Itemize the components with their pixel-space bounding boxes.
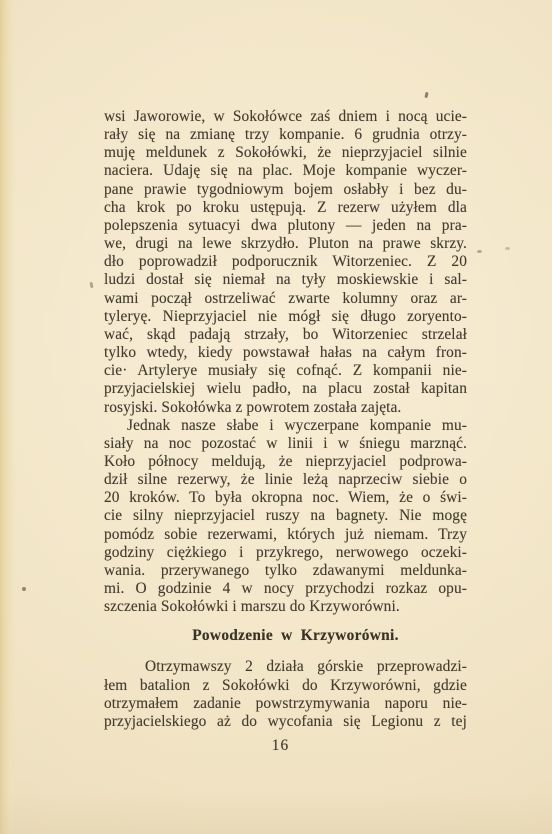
text-line: 20 kroków. To była okropna noc. Wiem, że… [104,489,467,507]
scanned-book-page: wsi Jaworowie, w Sokołówce zaś dniem i n… [0,0,552,834]
text-line: we, drugi na lewe skrzydło. Pluton na pr… [104,235,467,253]
text-line: Jednak nasze słabe i wyczerpane kompanie… [104,417,467,435]
text-line: naciera. Udaję się na plac. Moje kompani… [104,162,467,180]
paragraph-2: Jednak nasze słabe i wyczerpane kompanie… [104,417,467,617]
text-line: wsi Jaworowie, w Sokołówce zaś dniem i n… [104,108,467,126]
text-line: pomódz sobie rezerwami, których już niem… [104,526,467,544]
text-line: szczenia Sokołówki i marszu do Krzyworów… [104,598,467,616]
text-line: dło poprowadził podporucznik Witorzeniec… [104,253,467,271]
text-line: łem batalion z Sokołówki do Krzyworówni,… [104,677,467,695]
text-line: Koło północy meldują, że nieprzyjaciel p… [104,453,467,471]
ink-speck [22,587,26,591]
text-line: siały na noc pozostać w linii i w śniegu… [104,435,467,453]
text-line: cha krok po kroku ustępują. Z rezerw uży… [104,199,467,217]
text-line: tyleryę. Nieprzyjaciel nie mógł się dług… [104,308,467,326]
page-bottom-shading [0,794,552,834]
text-line: ludzi dostał się niemał na tyły moskiews… [104,271,467,289]
text-line: rały się na zmianę trzy kompanie. 6 grud… [104,126,467,144]
section-heading: Powodzenie w Krzyworówni. [114,626,477,645]
text-line: pane prawie tygodniowym bojem osłabły i … [104,181,467,199]
text-line: cie silny nieprzyjaciel ruszy na bagnety… [104,507,467,525]
paragraph-1: wsi Jaworowie, w Sokołówce zaś dniem i n… [104,108,467,417]
text-line: otrzymałem zadanie powstrzymywania napor… [104,695,467,713]
paragraph-3: Otrzymawszy 2 działa górskie przeprowadz… [104,658,467,731]
text-line: godziny ciężkiego i przykrego, nerwowego… [104,544,467,562]
text-line: tylko wtedy, kiedy powstawał hałas na ca… [104,344,467,362]
text-line: dził silne rezerwy, że linie leżą naprze… [104,471,467,489]
text-line: wami począł ostrzeliwać zwarte kolumny o… [104,290,467,308]
text-line: Otrzymawszy 2 działa górskie przeprowadz… [104,658,467,676]
text-line: cie· Artylerye musiały się cofnąć. Z kom… [104,362,467,380]
text-line: przyjacielskiego aż do wycofania się Leg… [104,713,467,731]
page-gutter-shading [0,0,16,834]
text-line: polepszenia sytuacyi dwa plutony — jeden… [104,217,467,235]
text-line: mi. O godzinie 4 w nocy przychodzi rozka… [104,580,467,598]
ink-speck [505,247,510,250]
text-line: wania. przerywanego tylko zdawanymi meld… [104,562,467,580]
text-line: rosyjski. Sokołówka z powrotem została z… [104,399,467,417]
page-text-block: wsi Jaworowie, w Sokołówce zaś dniem i n… [104,108,467,755]
text-line: muję meldunek z Sokołówki, że nieprzyjac… [104,144,467,162]
page-number: 16 [99,737,462,755]
ink-speck [477,250,482,253]
ink-speck [424,92,428,98]
ink-speck [90,282,94,288]
text-line: wać, skąd padają strzały, bo Witorzeniec… [104,326,467,344]
text-line: przyjacielskiej wielu padło, na placu zo… [104,380,467,398]
